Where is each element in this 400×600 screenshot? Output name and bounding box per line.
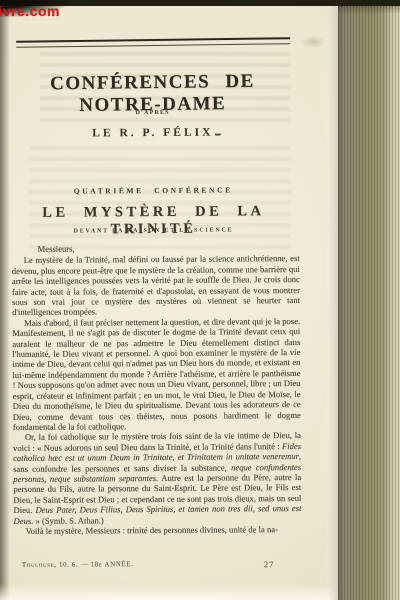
header-rule bbox=[16, 37, 290, 48]
page-number: 27 bbox=[264, 559, 275, 569]
page-footer: Toulouse, 10. 6. — 18e ANNÉE. 27 bbox=[16, 559, 304, 573]
spine-shadow bbox=[0, 0, 10, 600]
body-text: Messieurs, Le mystère de la Trinité, mal… bbox=[12, 242, 302, 560]
printed-content: CONFÉRENCES DE NOTRE-DAME D'APRÈS LE R. … bbox=[6, 0, 302, 600]
body-paragraph: Le mystère de la Trinité, mal défini ou … bbox=[12, 253, 300, 317]
bottom-edge-highlight bbox=[0, 584, 340, 600]
imprint-line: Toulouse, 10. 6. — 18e ANNÉE. bbox=[22, 560, 134, 569]
paper-stain bbox=[300, 36, 326, 48]
salutation: Messieurs, bbox=[38, 242, 300, 254]
body-paragraph: Voilà le mystère, Messieurs : trinité de… bbox=[14, 524, 302, 536]
book-photo: CONFÉRENCES DE NOTRE-DAME D'APRÈS LE R. … bbox=[0, 0, 400, 600]
ink-mark bbox=[215, 134, 221, 136]
body-paragraph: Or, la foi catholique sur le mystère tro… bbox=[13, 430, 302, 526]
author-name: LE R. P. FÉLIX bbox=[7, 126, 299, 140]
conference-number-heading: QUATRIÈME CONFÉRENCE bbox=[7, 185, 299, 196]
body-paragraph: Mais d'abord, il faut préciser nettement… bbox=[12, 316, 301, 432]
dapres-label: D'APRÈS bbox=[7, 109, 299, 117]
book-fore-edge bbox=[338, 0, 400, 600]
seller-watermark: livre.com bbox=[0, 3, 60, 19]
